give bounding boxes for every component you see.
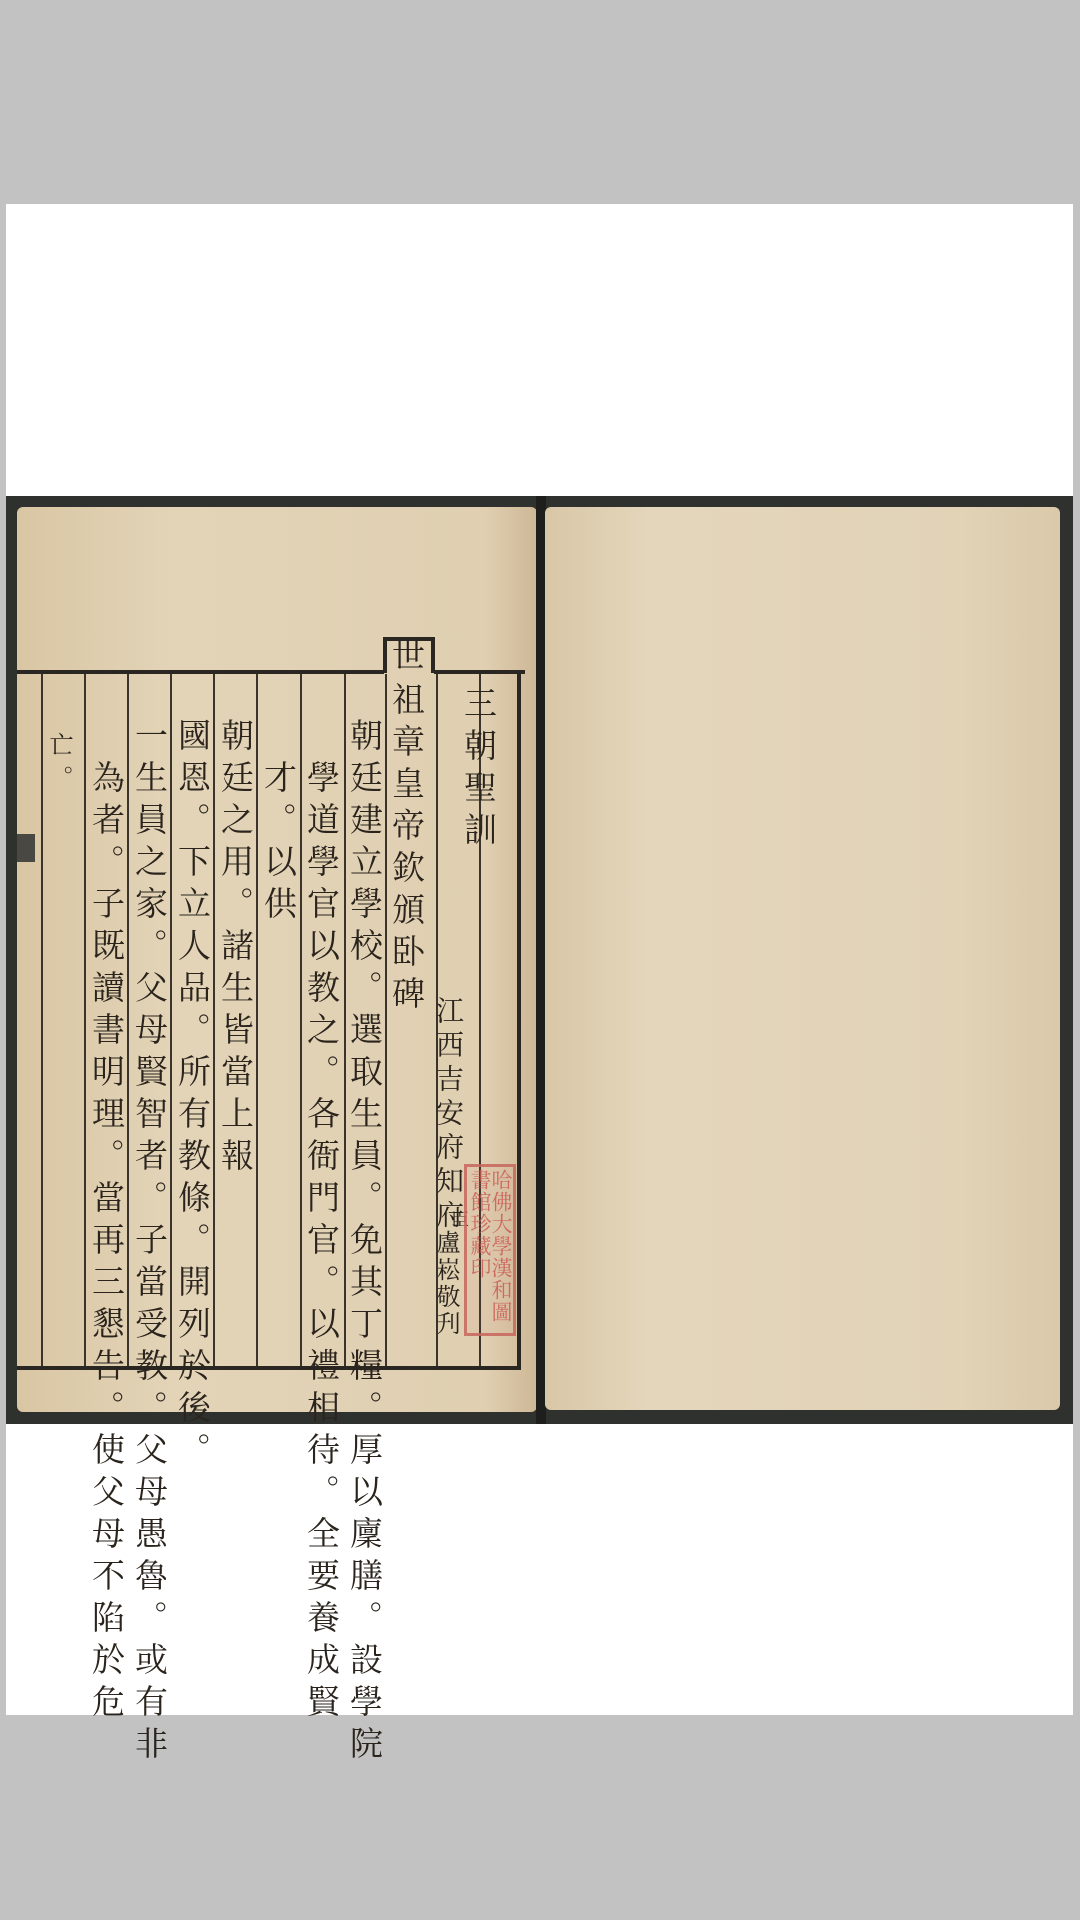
column-rule — [84, 674, 86, 1366]
text-column-4: 朝廷之用。諸生皆當上報 — [219, 718, 252, 1180]
text-column-7: 為者。子既讀書明理。當再三懇告。使父母不陷於危 — [90, 760, 123, 1726]
frame-right-border — [517, 670, 521, 1370]
text-column-5: 國恩。下立人品。所有教條。開列於後。 — [176, 718, 209, 1474]
frame-top-left — [17, 670, 384, 674]
column-rule — [256, 674, 258, 1366]
right-page-blank — [545, 507, 1060, 1410]
compiler-line: 江西吉安府知府 — [434, 996, 462, 1234]
text-column-2: 學道學官以教之。各衙門官。以禮相待。全要養成賢 — [305, 760, 338, 1726]
heading-elevated-char: 世 — [390, 638, 423, 680]
seal-text: 哈佛大學漢和圖書館珍藏印 — [469, 1169, 511, 1329]
text-column-6: 一生員之家。父母賢智者。子當受教。父母愚魯。或有非 — [133, 718, 166, 1768]
fold-margin-tab — [17, 834, 35, 862]
column-rule — [213, 674, 215, 1366]
edict-heading: 祖章皇帝欽頒卧碑 — [390, 682, 423, 1018]
text-column-3: 才。以供 — [262, 760, 295, 928]
title-box-right — [431, 637, 435, 673]
text-column-1: 朝廷建立學校。選取生員。免其丁糧。厚以廩膳。設學院 — [348, 718, 381, 1768]
text-column-8: 亡。 — [47, 732, 71, 798]
book-scan-image: 三朝聖訓 世 祖章皇帝欽頒卧碑 江西吉安府知府 臣 盧崧敬刋 朝廷建立學校。選取… — [6, 496, 1073, 1424]
compiler-name: 盧崧敬刋 — [434, 1230, 458, 1338]
column-rule — [170, 674, 172, 1366]
book-title: 三朝聖訓 — [462, 686, 495, 854]
library-seal-stamp: 哈佛大學漢和圖書館珍藏印 — [464, 1164, 516, 1336]
column-rule — [127, 674, 129, 1366]
column-rule — [41, 674, 43, 1366]
